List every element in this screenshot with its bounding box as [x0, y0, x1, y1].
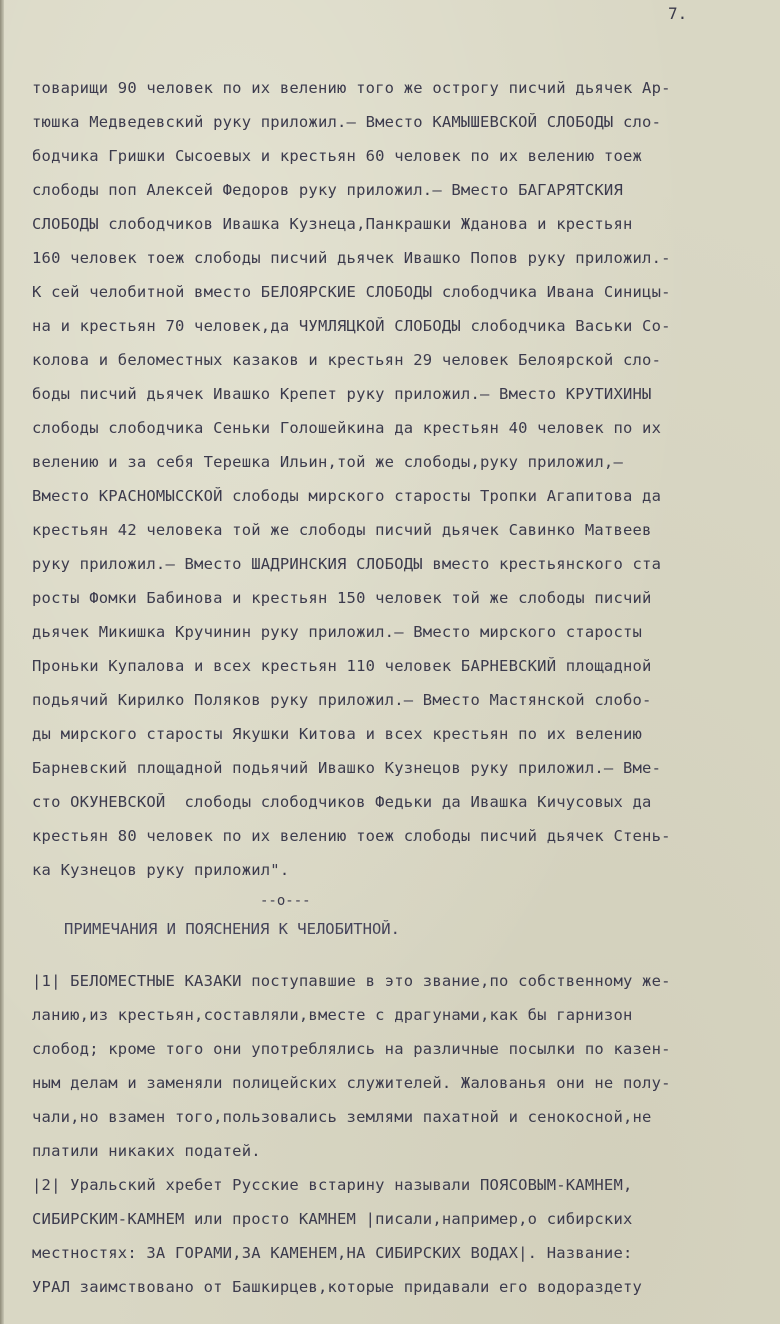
body-line: слободы поп Алексей Федоров руку приложи…: [32, 181, 623, 199]
body-line: Проньки Купалова и всех крестьян 110 чел…: [32, 657, 652, 675]
note-line: чали,но взамен того,пользовались землями…: [32, 1108, 652, 1126]
note-line: УРАЛ заимствовано от Башкирцев,которые п…: [32, 1278, 642, 1296]
body-line: руку приложил.— Вместо ШАДРИНСКИЯ СЛОБОД…: [32, 555, 661, 573]
note-line: платили никаких податей.: [32, 1142, 261, 1160]
body-line: 160 человек тоеж слободы писчий дьячек И…: [32, 249, 671, 267]
note-line: СИБИРСКИМ-КАМНЕМ или просто КАМНЕМ |писа…: [32, 1210, 633, 1228]
body-line: К сей челобитной вместо БЕЛОЯРСКИЕ СЛОБО…: [32, 283, 671, 301]
body-line: ка Кузнецов руку приложил".: [32, 861, 289, 879]
body-line: крестьян 42 человека той же слободы писч…: [32, 521, 652, 539]
body-line: крестьян 80 человек по их велению тоеж с…: [32, 827, 671, 845]
body-line: товарищи 90 человек по их велению того ж…: [32, 79, 671, 97]
body-line: подьячий Кирилко Поляков руку приложил.—…: [32, 691, 652, 709]
note-line: местностях: ЗА ГОРАМИ,ЗА КАМЕНЕМ,НА СИБИ…: [32, 1244, 633, 1262]
body-line: росты Фомки Бабинова и крестьян 150 чело…: [32, 589, 652, 607]
body-line: дьячек Микишка Кручинин руку приложил.— …: [32, 623, 642, 641]
note-line: слобод; кроме того они употреблялись на …: [32, 1040, 671, 1058]
body-line: Барневский площадной подьячий Ивашко Куз…: [32, 759, 661, 777]
page-number: 7.: [668, 4, 687, 23]
body-line: Вместо КРАСНОМЫССКОЙ слободы мирского ст…: [32, 487, 661, 505]
body-line: СЛОБОДЫ слободчиков Ивашка Кузнеца,Панкр…: [32, 215, 633, 233]
note-line: ланию,из крестьян,составляли,вместе с др…: [32, 1006, 633, 1024]
body-line: велению и за себя Терешка Ильин,той же с…: [32, 453, 623, 471]
body-line: тюшка Медведевский руку приложил.— Вмест…: [32, 113, 661, 131]
body-line: на и крестьян 70 человек,да ЧУМЛЯЦКОЙ СЛ…: [32, 317, 671, 335]
note-line: |1| БЕЛОМЕСТНЫЕ КАЗАКИ поступавшие в это…: [32, 972, 671, 990]
body-line: ды мирского старосты Якушки Китова и все…: [32, 725, 642, 743]
note-line: ным делам и заменяли полицейских служите…: [32, 1074, 671, 1092]
page-edge: [0, 0, 4, 1324]
body-line: колова и беломестных казаков и крестьян …: [32, 351, 661, 369]
notes-heading: ПРИМЕЧАНИЯ И ПОЯСНЕНИЯ К ЧЕЛОБИТНОЙ.: [64, 920, 400, 938]
note-line: |2| Уральский хребет Русские встарину на…: [32, 1176, 633, 1194]
body-line: слободы слободчика Сеньки Голошейкина да…: [32, 419, 661, 437]
body-line: сто ОКУНЕВСКОЙ слободы слободчиков Федьк…: [32, 793, 652, 811]
section-separator: --o---: [260, 893, 311, 909]
body-line: бодчика Гришки Сысоевых и крестьян 60 че…: [32, 147, 642, 165]
body-line: боды писчий дьячек Ивашко Крепет руку пр…: [32, 385, 652, 403]
document-page: 7. товарищи 90 человек по их велению тог…: [0, 0, 780, 1324]
